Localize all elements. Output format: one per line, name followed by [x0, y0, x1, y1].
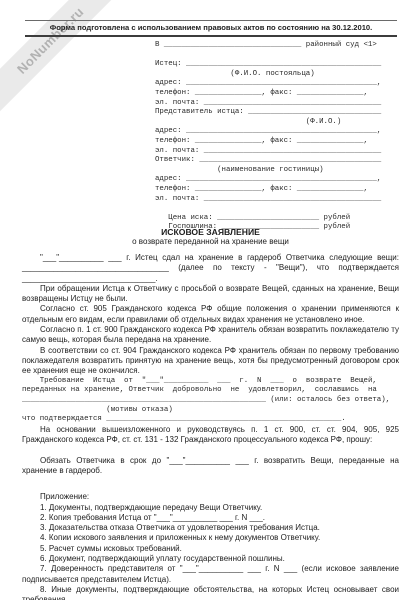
appendix-section: Приложение: 1. Документы, подтверждающие… — [22, 492, 399, 600]
document-title: ИСКОВОЕ ЗАЯВЛЕНИЕ — [22, 227, 399, 237]
header-notice-text: Форма подготовлена с использованием прав… — [50, 23, 373, 32]
paragraph-article-904: В соответствии со ст. 904 Гражданского к… — [22, 346, 399, 377]
statement-body: "___"__________ ___ г. Истец сдал на хра… — [22, 253, 399, 476]
appendix-item: 8. Иные документы, подтверждающие обстоя… — [22, 585, 399, 600]
document-subtitle: о возврате переданной на хранение вещи — [22, 237, 399, 247]
appendix-item: 5. Расчет суммы исковых требований. — [22, 544, 399, 554]
paragraph-article-905: Согласно ст. 905 Гражданского кодекса РФ… — [22, 304, 399, 325]
paragraph-deposit-facts: "___"__________ ___ г. Истец сдал на хра… — [22, 253, 399, 284]
appendix-item: 3. Доказательства отказа Ответчика от уд… — [22, 523, 399, 533]
watermark-text: NoNumber.ru — [14, 4, 87, 77]
court-header-block: В _______________________________ районн… — [155, 41, 410, 233]
main-body: ИСКОВОЕ ЗАЯВЛЕНИЕ о возврате переданной … — [22, 227, 399, 600]
paragraph-article-900: Согласно п. 1 ст. 900 Гражданского кодек… — [22, 325, 399, 346]
paragraph-legal-basis: На основании вышеизложенного и руководст… — [22, 425, 399, 446]
appendix-item: 6. Документ, подтверждающий уплату госуд… — [22, 554, 399, 564]
appendix-item: 2. Копия требования Истца от "___"______… — [22, 513, 399, 523]
document-page: NoNumber.ru Форма подготовлена с использ… — [0, 0, 420, 600]
appendix-heading: Приложение: — [22, 492, 399, 502]
appendix-item: 4. Копии искового заявления и приложенны… — [22, 533, 399, 543]
appendix-item: 7. Доверенность представителя от "___"__… — [22, 564, 399, 585]
appendix-item: 1. Документы, подтверждающие передачу Ве… — [22, 503, 399, 513]
paragraph-claim-request: Обязать Ответчика в срок до "___"_______… — [22, 456, 399, 477]
header-notice: Форма подготовлена с использованием прав… — [25, 20, 397, 37]
paragraph-refusal-fact: При обращении Истца к Ответчику с просьб… — [22, 284, 399, 305]
demand-block: Требование Истца от "___"__________ ___ … — [22, 377, 399, 426]
